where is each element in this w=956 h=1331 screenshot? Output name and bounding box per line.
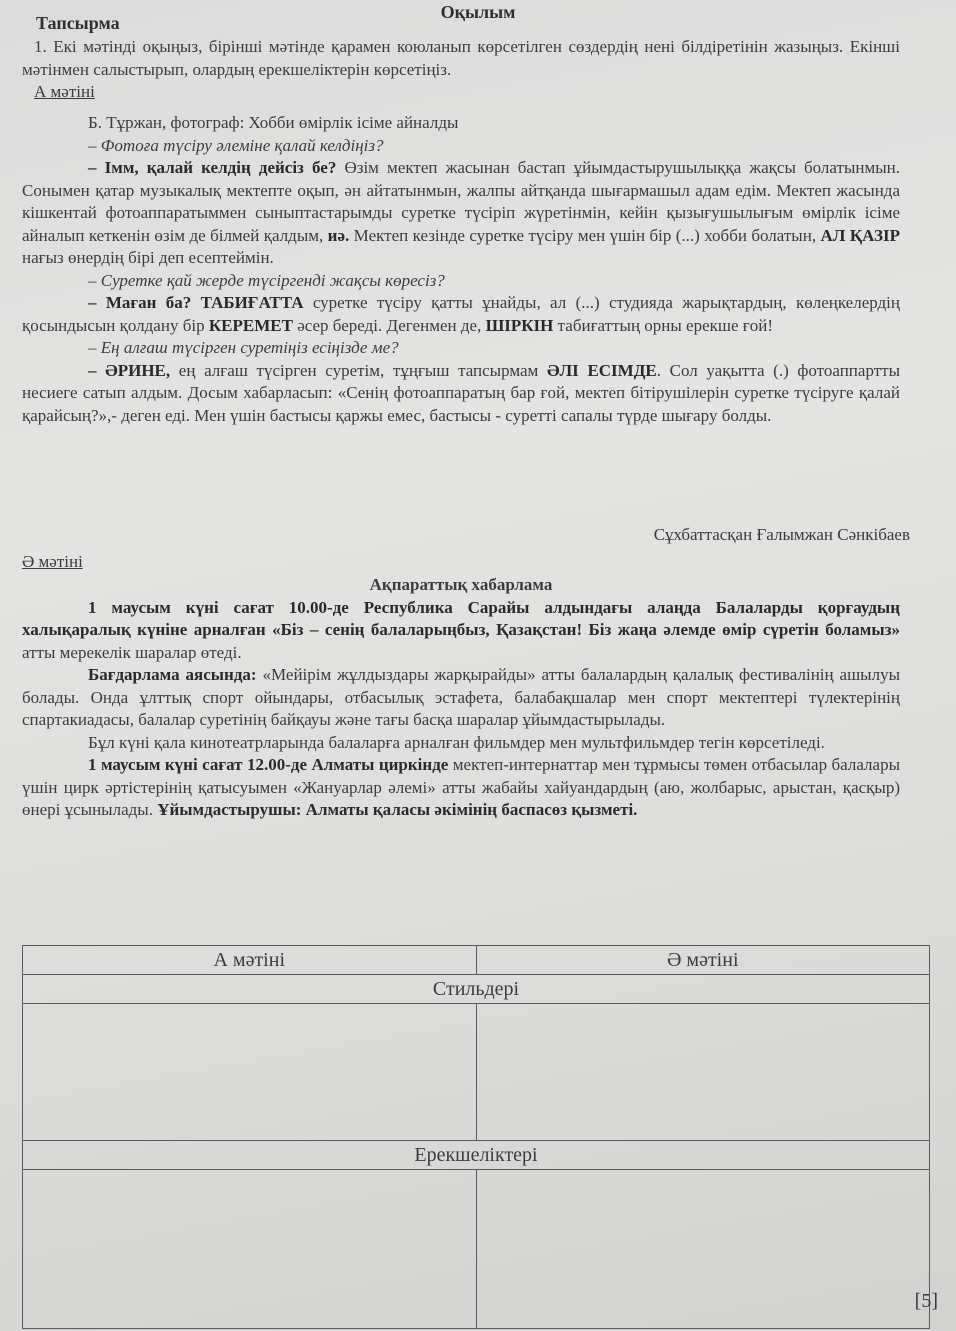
features-answer-cell-b[interactable]	[476, 1170, 930, 1329]
features-answer-cell-a[interactable]	[23, 1170, 477, 1329]
text-b-paragraph-1: 1 маусым күні сағат 10.00-де Республика …	[22, 597, 900, 665]
column-header-text-a: А мәтіні	[23, 946, 477, 975]
row-header-styles: Стильдері	[23, 975, 930, 1004]
text-a-label: А мәтіні	[34, 82, 95, 102]
text-b-paragraph-4: 1 маусым күні сағат 12.00-де Алматы цирк…	[22, 754, 900, 822]
text-b-paragraph-3: Бұл күні қала кинотеатрларында балаларға…	[22, 732, 900, 755]
answer-1: – Імм, қалай келдің дейсіз бе? Өзім мект…	[22, 157, 900, 270]
styles-answer-cell-a[interactable]	[23, 1004, 477, 1141]
answer-2: – Маған ба? ТАБИҒАТТА суретке түсіру қат…	[22, 292, 900, 337]
styles-answer-cell-b[interactable]	[476, 1004, 930, 1141]
page-title: Оқылым	[0, 2, 956, 23]
text-b-body: Ақпараттық хабарлама 1 маусым күні сағат…	[22, 574, 900, 822]
question-3: – Ең алғаш түсірген суретіңіз есіңізде м…	[22, 337, 900, 360]
text-a-body: Б. Тұржан, фотограф: Хобби өмірлік ісіме…	[22, 112, 900, 427]
text-a-heading: Б. Тұржан, фотограф: Хобби өмірлік ісіме…	[22, 112, 900, 135]
comparison-table: А мәтіні Ә мәтіні Стильдері Ерекшеліктер…	[22, 945, 930, 1329]
worksheet-page: Оқылым Тапсырма 1. Екі мәтінді оқыңыз, б…	[0, 0, 956, 1331]
score-marks: [5]	[915, 1290, 938, 1313]
interviewer-signature: Сұхбаттасқан Ғалымжан Сәнкібаев	[654, 525, 910, 545]
text-b-heading: Ақпараттық хабарлама	[22, 574, 900, 597]
column-header-text-b: Ә мәтіні	[476, 946, 930, 975]
answer-3: – ӘРИНЕ, ең алғаш түсірген суретім, тұңғ…	[22, 360, 900, 428]
text-b-paragraph-2: Бағдарлама аясында: «Мейірім жұлдыздары …	[22, 664, 900, 732]
task-instruction: 1. Екі мәтінді оқыңыз, бірінші мәтінде қ…	[22, 36, 900, 81]
question-1: – Фотоға түсіру әлеміне қалай келдіңіз?	[22, 135, 900, 158]
text-b-label: Ә мәтіні	[22, 552, 83, 572]
task-label: Тапсырма	[36, 13, 120, 34]
question-2: – Суретке қай жерде түсіргенді жақсы көр…	[22, 270, 900, 293]
row-header-features: Ерекшеліктері	[23, 1141, 930, 1170]
